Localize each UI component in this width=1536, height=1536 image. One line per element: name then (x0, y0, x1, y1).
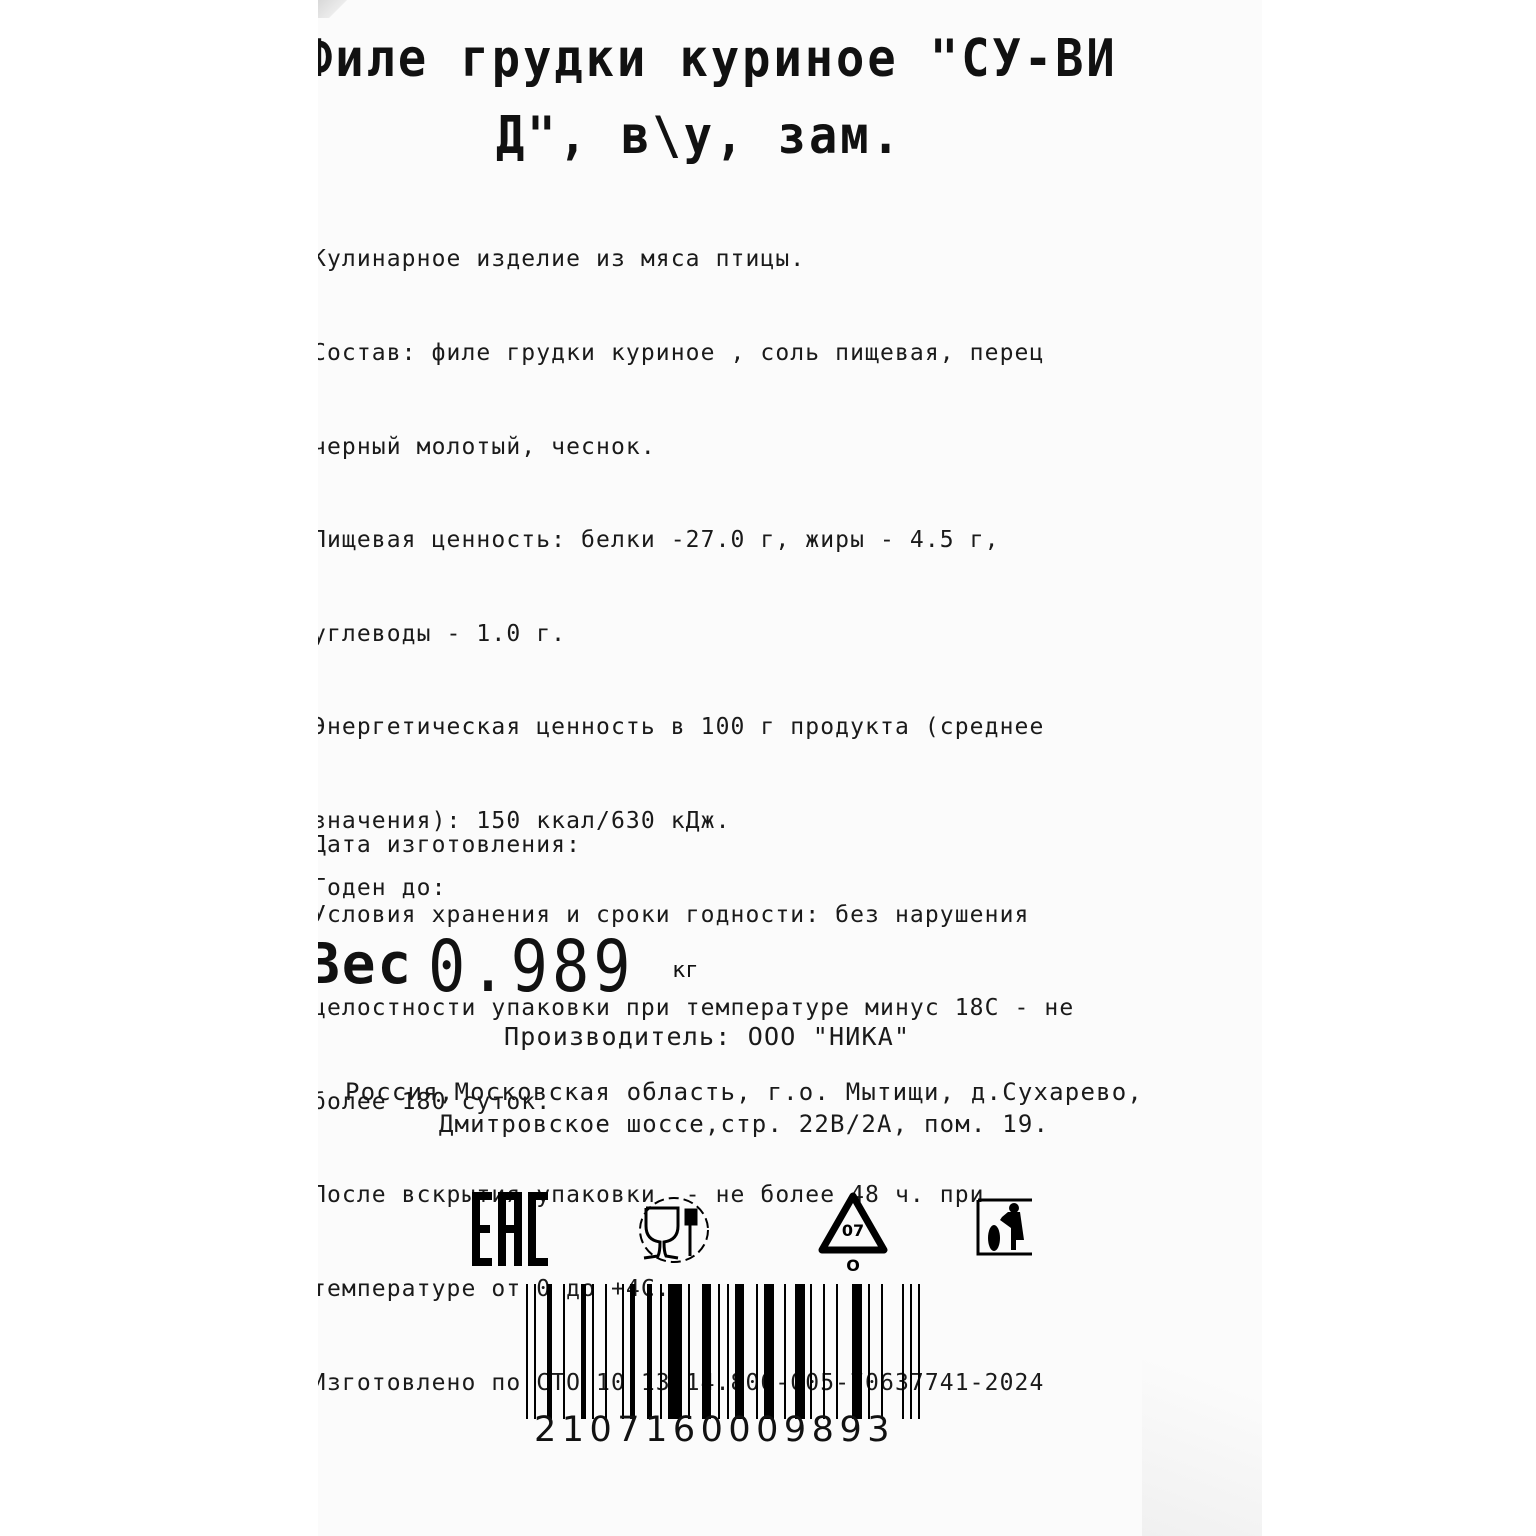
description-line: После вскрытия упаковки - не более 48 ч.… (318, 1180, 1242, 1211)
barcode-bar (910, 1284, 912, 1419)
product-title-line2: Д", в\у, зам. (318, 98, 1204, 175)
address-line2: Дмитровское шоссе,стр. 22В/2А, пом. 19. (318, 1110, 1174, 1138)
barcode-bar (836, 1284, 838, 1419)
weight-value: 0.989 (428, 925, 635, 1009)
barcode (318, 1284, 1262, 1419)
barcode-bar (605, 1284, 607, 1419)
barcode-bar (581, 1284, 586, 1419)
description-line: Энергетическая ценность в 100 г продукта… (318, 712, 1242, 743)
manufacturer: Производитель: ООО "НИКА" (504, 1022, 910, 1051)
weight-label: Вес (318, 932, 413, 997)
description-line: Кулинарное изделие из мяса птицы. (318, 244, 1242, 275)
barcode-bar (784, 1284, 786, 1419)
description-line: черный молотый, чеснок. (318, 432, 1242, 463)
barcode-bar (902, 1284, 904, 1419)
recycle-07-icon: 07 O (818, 1192, 888, 1274)
barcode-bar (526, 1284, 528, 1419)
barcode-bar (592, 1284, 594, 1419)
barcode-bar (810, 1284, 812, 1419)
food-contact-icon (638, 1192, 710, 1268)
barcode-bar (668, 1284, 682, 1419)
barcode-bar (547, 1284, 552, 1419)
product-label: Филе грудки куриное "СУ-ВИ Д", в\у, зам.… (318, 0, 1262, 1536)
tidyman-icon (976, 1198, 1036, 1256)
barcode-bar (868, 1284, 870, 1419)
barcode-bar (702, 1284, 711, 1419)
barcode-bar (881, 1284, 883, 1419)
description-line: Состав: филе грудки куриное , соль пищев… (318, 338, 1242, 369)
weight-unit: кг (672, 958, 699, 983)
barcode-bar (823, 1284, 825, 1419)
barcode-bar (534, 1284, 536, 1419)
eac-mark-icon (470, 1190, 550, 1270)
product-title: Филе грудки куриное "СУ-ВИ Д", в\у, зам. (318, 21, 1204, 175)
barcode-bar (630, 1284, 635, 1419)
barcode-bar (918, 1284, 920, 1419)
address-line1: Россия,Московская область, г.о. Мытищи, … (318, 1078, 1174, 1106)
barcode-bar (756, 1284, 758, 1419)
barcode-digits: 2107160009893 (534, 1410, 895, 1450)
svg-text:07: 07 (842, 1221, 864, 1240)
barcode-bar (735, 1284, 744, 1419)
barcode-bar (795, 1284, 805, 1419)
best-before-label: Годен до: (318, 875, 447, 901)
barcode-bar (718, 1284, 720, 1419)
barcode-bar (647, 1284, 652, 1419)
description-line: Пищевая ценность: белки -27.0 г, жиры - … (318, 525, 1242, 556)
svg-text:O: O (846, 1256, 860, 1274)
barcode-bar (764, 1284, 774, 1419)
barcode-bar (688, 1284, 690, 1419)
barcode-bar (563, 1284, 565, 1419)
barcode-bar (660, 1284, 662, 1419)
product-description: Кулинарное изделие из мяса птицы. Состав… (318, 182, 1242, 1461)
manufacture-date-label: Дата изготовления: (318, 832, 581, 858)
product-title-line1: Филе грудки куриное "СУ-ВИ (318, 21, 1204, 98)
description-line: углеводы - 1.0 г. (318, 619, 1242, 650)
barcode-bar (727, 1284, 729, 1419)
barcode-bar (852, 1284, 862, 1419)
barcode-bar (622, 1284, 624, 1419)
